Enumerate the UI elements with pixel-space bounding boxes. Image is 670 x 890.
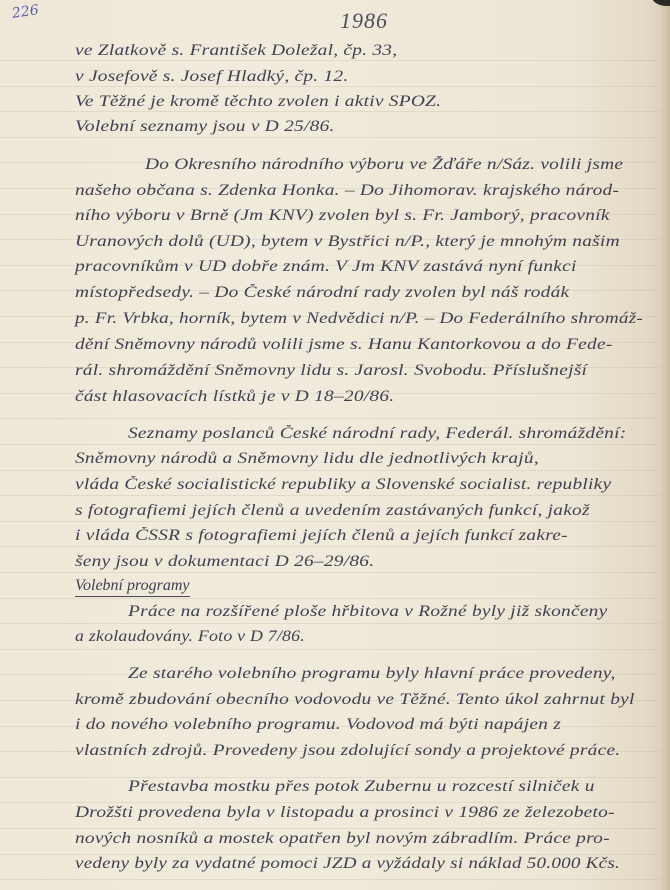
ruled-line: [0, 111, 660, 112]
handwritten-line: Volební seznamy jsou v D 25/86.: [75, 118, 335, 136]
handwritten-line: s fotografiemi jejích členů a uvedením z…: [75, 502, 590, 520]
ruled-line: [0, 521, 660, 522]
ruled-line: [0, 802, 660, 803]
handwritten-line: Práce na rozšířené ploše hřbitova v Rožn…: [128, 603, 607, 621]
ruled-line: [0, 137, 660, 138]
handwritten-line: místopředsedy. – Do České národní rady z…: [75, 284, 569, 302]
handwritten-line: část hlasovacích lístků je v D 18–20/86.: [75, 388, 394, 406]
chronicle-page: 226 1986 ve Zlatkově s. František Doleža…: [0, 0, 670, 890]
handwritten-line: vláda České socialistické republiky a Sl…: [75, 476, 611, 494]
ruled-line: [0, 572, 660, 573]
handwritten-line: Drožšti provedena byla v listopadu a pro…: [75, 804, 615, 822]
handwritten-line: kromě zbudování obecního vodovodu ve Těž…: [75, 691, 635, 709]
handwritten-line: ního výboru v Brně (Jm KNV) zvolen byl s…: [75, 207, 610, 225]
ruled-line: [0, 470, 660, 471]
handwritten-line: Ze starého volebního programu byly hlavn…: [128, 665, 616, 683]
handwritten-line: Přestavba mostku přes potok Zubernu u ro…: [128, 778, 595, 796]
handwritten-line: vedeny byly za vydatné pomoci JZD a vyžá…: [75, 855, 620, 873]
handwritten-line: i do nového volebního programu. Vodovod …: [75, 716, 561, 734]
handwritten-line: šeny jsou v dokumentaci D 26–29/86.: [75, 553, 374, 571]
handwritten-line: i vláda ČSSR s fotografiemi jejích členů…: [75, 527, 568, 545]
ruled-line: [0, 546, 660, 547]
handwritten-line: p. Fr. Vrbka, horník, bytem v Nedvědici …: [75, 310, 643, 328]
handwritten-line: ve Zlatkově s. František Doležal, čp. 33…: [75, 42, 397, 60]
ruled-line: [0, 598, 660, 599]
handwritten-line: Seznamy poslanců České národní rady, Fed…: [128, 425, 626, 443]
ruled-line: [0, 495, 660, 496]
handwritten-line: v Josefově s. Josef Hladký, čp. 12.: [75, 68, 348, 86]
corner-shadow: [652, 0, 670, 6]
ruled-line: [0, 86, 660, 87]
handwritten-line: vlastních zdrojů. Provedeny jsou zdolují…: [75, 742, 620, 760]
page-number: 226: [11, 2, 40, 22]
page-year-header: 1986: [340, 8, 388, 34]
ruled-line: [0, 60, 660, 61]
page-edge: [660, 0, 670, 890]
handwritten-line: dění Sněmovny národů volili jsme s. Hanu…: [75, 336, 613, 354]
handwritten-line: nových nosníků a mostek opatřen byl nový…: [75, 830, 610, 848]
handwritten-line: rál. shromáždění Sněmovny lidu s. Jarosl…: [75, 362, 587, 380]
ruled-line: [0, 828, 660, 829]
handwritten-line: našeho občana s. Zdenka Honka. – Do Jiho…: [75, 182, 619, 200]
handwritten-line: Ve Těžné je kromě těchto zvolen i aktiv …: [75, 93, 441, 111]
handwritten-line: Uranových dolů (UD), bytem v Bystřici n/…: [75, 233, 620, 251]
ruled-line: [0, 649, 660, 650]
ruled-line: [0, 879, 660, 880]
ruled-line: [0, 418, 660, 419]
handwritten-line: Sněmovny národů a Sněmovny lidu dle jedn…: [75, 450, 539, 468]
handwritten-line: Do Okresního národního výboru ve Žďáře n…: [145, 156, 623, 174]
ruled-line: [0, 623, 660, 624]
section-heading-volebni-programy: Volební programy: [75, 577, 190, 597]
handwritten-line: a zkolaudovány. Foto v D 7/86.: [75, 628, 305, 646]
handwritten-line: pracovníkům v UD dobře znám. V Jm KNV za…: [75, 258, 577, 276]
ruled-line: [0, 444, 660, 445]
